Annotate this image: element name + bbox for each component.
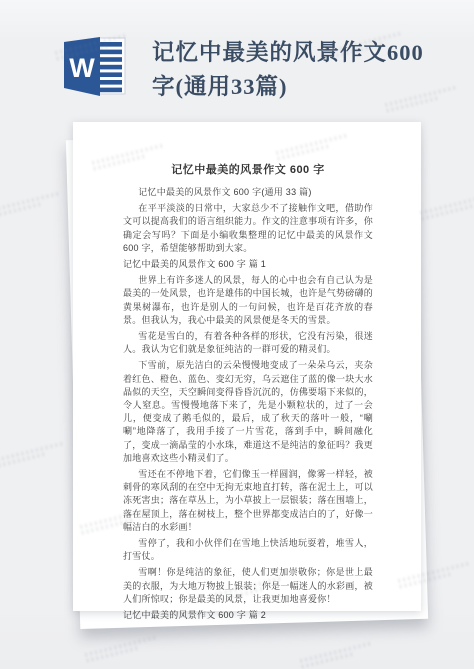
- doc-paragraph-body: 在平平淡淡的日常中，大家总少不了接触作文吧，借助作文可以提高我们的语言组织能力。…: [123, 202, 373, 255]
- svg-text:W: W: [69, 53, 95, 83]
- doc-title: 记忆中最美的风景作文 600 字: [123, 164, 373, 177]
- doc-paragraph-body: 世界上有许多迷人的风景，每人的心中也会有自己认为是最美的一处风景，也许是雄伟的中…: [123, 274, 373, 327]
- doc-paragraph-heading: 记忆中最美的风景作文 600 字 篇 2: [123, 609, 373, 622]
- doc-paragraph-body: 雪花是雪白的，有着各种各样的形状，它没有污染，很迷人。我认为它们就是象征纯洁的一…: [123, 330, 373, 356]
- watermark: [0, 439, 67, 471]
- preview-canvas: { "header": { "icon": "word-icon", "titl…: [0, 0, 474, 669]
- doc-paragraph-body: 雪停了，我和小伙伴们在雪地上快活地玩耍着，堆雪人，打雪仗。: [123, 537, 373, 563]
- watermark: [84, 633, 159, 665]
- doc-body: 记忆中最美的风景作文 600 字(通用 33 篇)在平平淡淡的日常中，大家总少不…: [123, 186, 373, 622]
- header: W 记忆中最美的风景作文600 字(通用33篇): [63, 36, 428, 104]
- doc-paragraph-heading: 记忆中最美的风景作文 600 字 篇 1: [123, 258, 373, 271]
- preview-title: 记忆中最美的风景作文600 字(通用33篇): [152, 36, 428, 104]
- page-stack: 记忆中最美的风景作文 600 字 记忆中最美的风景作文 600 字(通用 33 …: [73, 122, 421, 611]
- preview-title-line2: 字(通用33篇): [152, 70, 428, 104]
- doc-paragraph-body: 雪啊！你是纯洁的象征，使人们更加崇敬你；你是世上最美的衣服，为大地万物披上银装；…: [123, 566, 373, 606]
- preview-title-line1: 记忆中最美的风景作文600: [152, 36, 428, 70]
- watermark: [0, 189, 63, 221]
- doc-paragraph-body: 下雪前，原先洁白的云朵慢慢地变成了一朵朵乌云，夹杂着红色、橙色、蓝色、变幻无穷，…: [123, 359, 373, 465]
- doc-paragraph-body: 雪还在不停地下着，它们像玉一样圆润，像雾一样轻，被刺骨的寒风刮的在空中无拘无束地…: [123, 468, 373, 534]
- watermark: [419, 191, 474, 223]
- watermark: [299, 639, 374, 669]
- doc-paragraph-meta: 记忆中最美的风景作文 600 字(通用 33 篇): [123, 186, 373, 199]
- page-main: 记忆中最美的风景作文 600 字 记忆中最美的风景作文 600 字(通用 33 …: [73, 122, 421, 611]
- word-icon: W: [63, 36, 127, 97]
